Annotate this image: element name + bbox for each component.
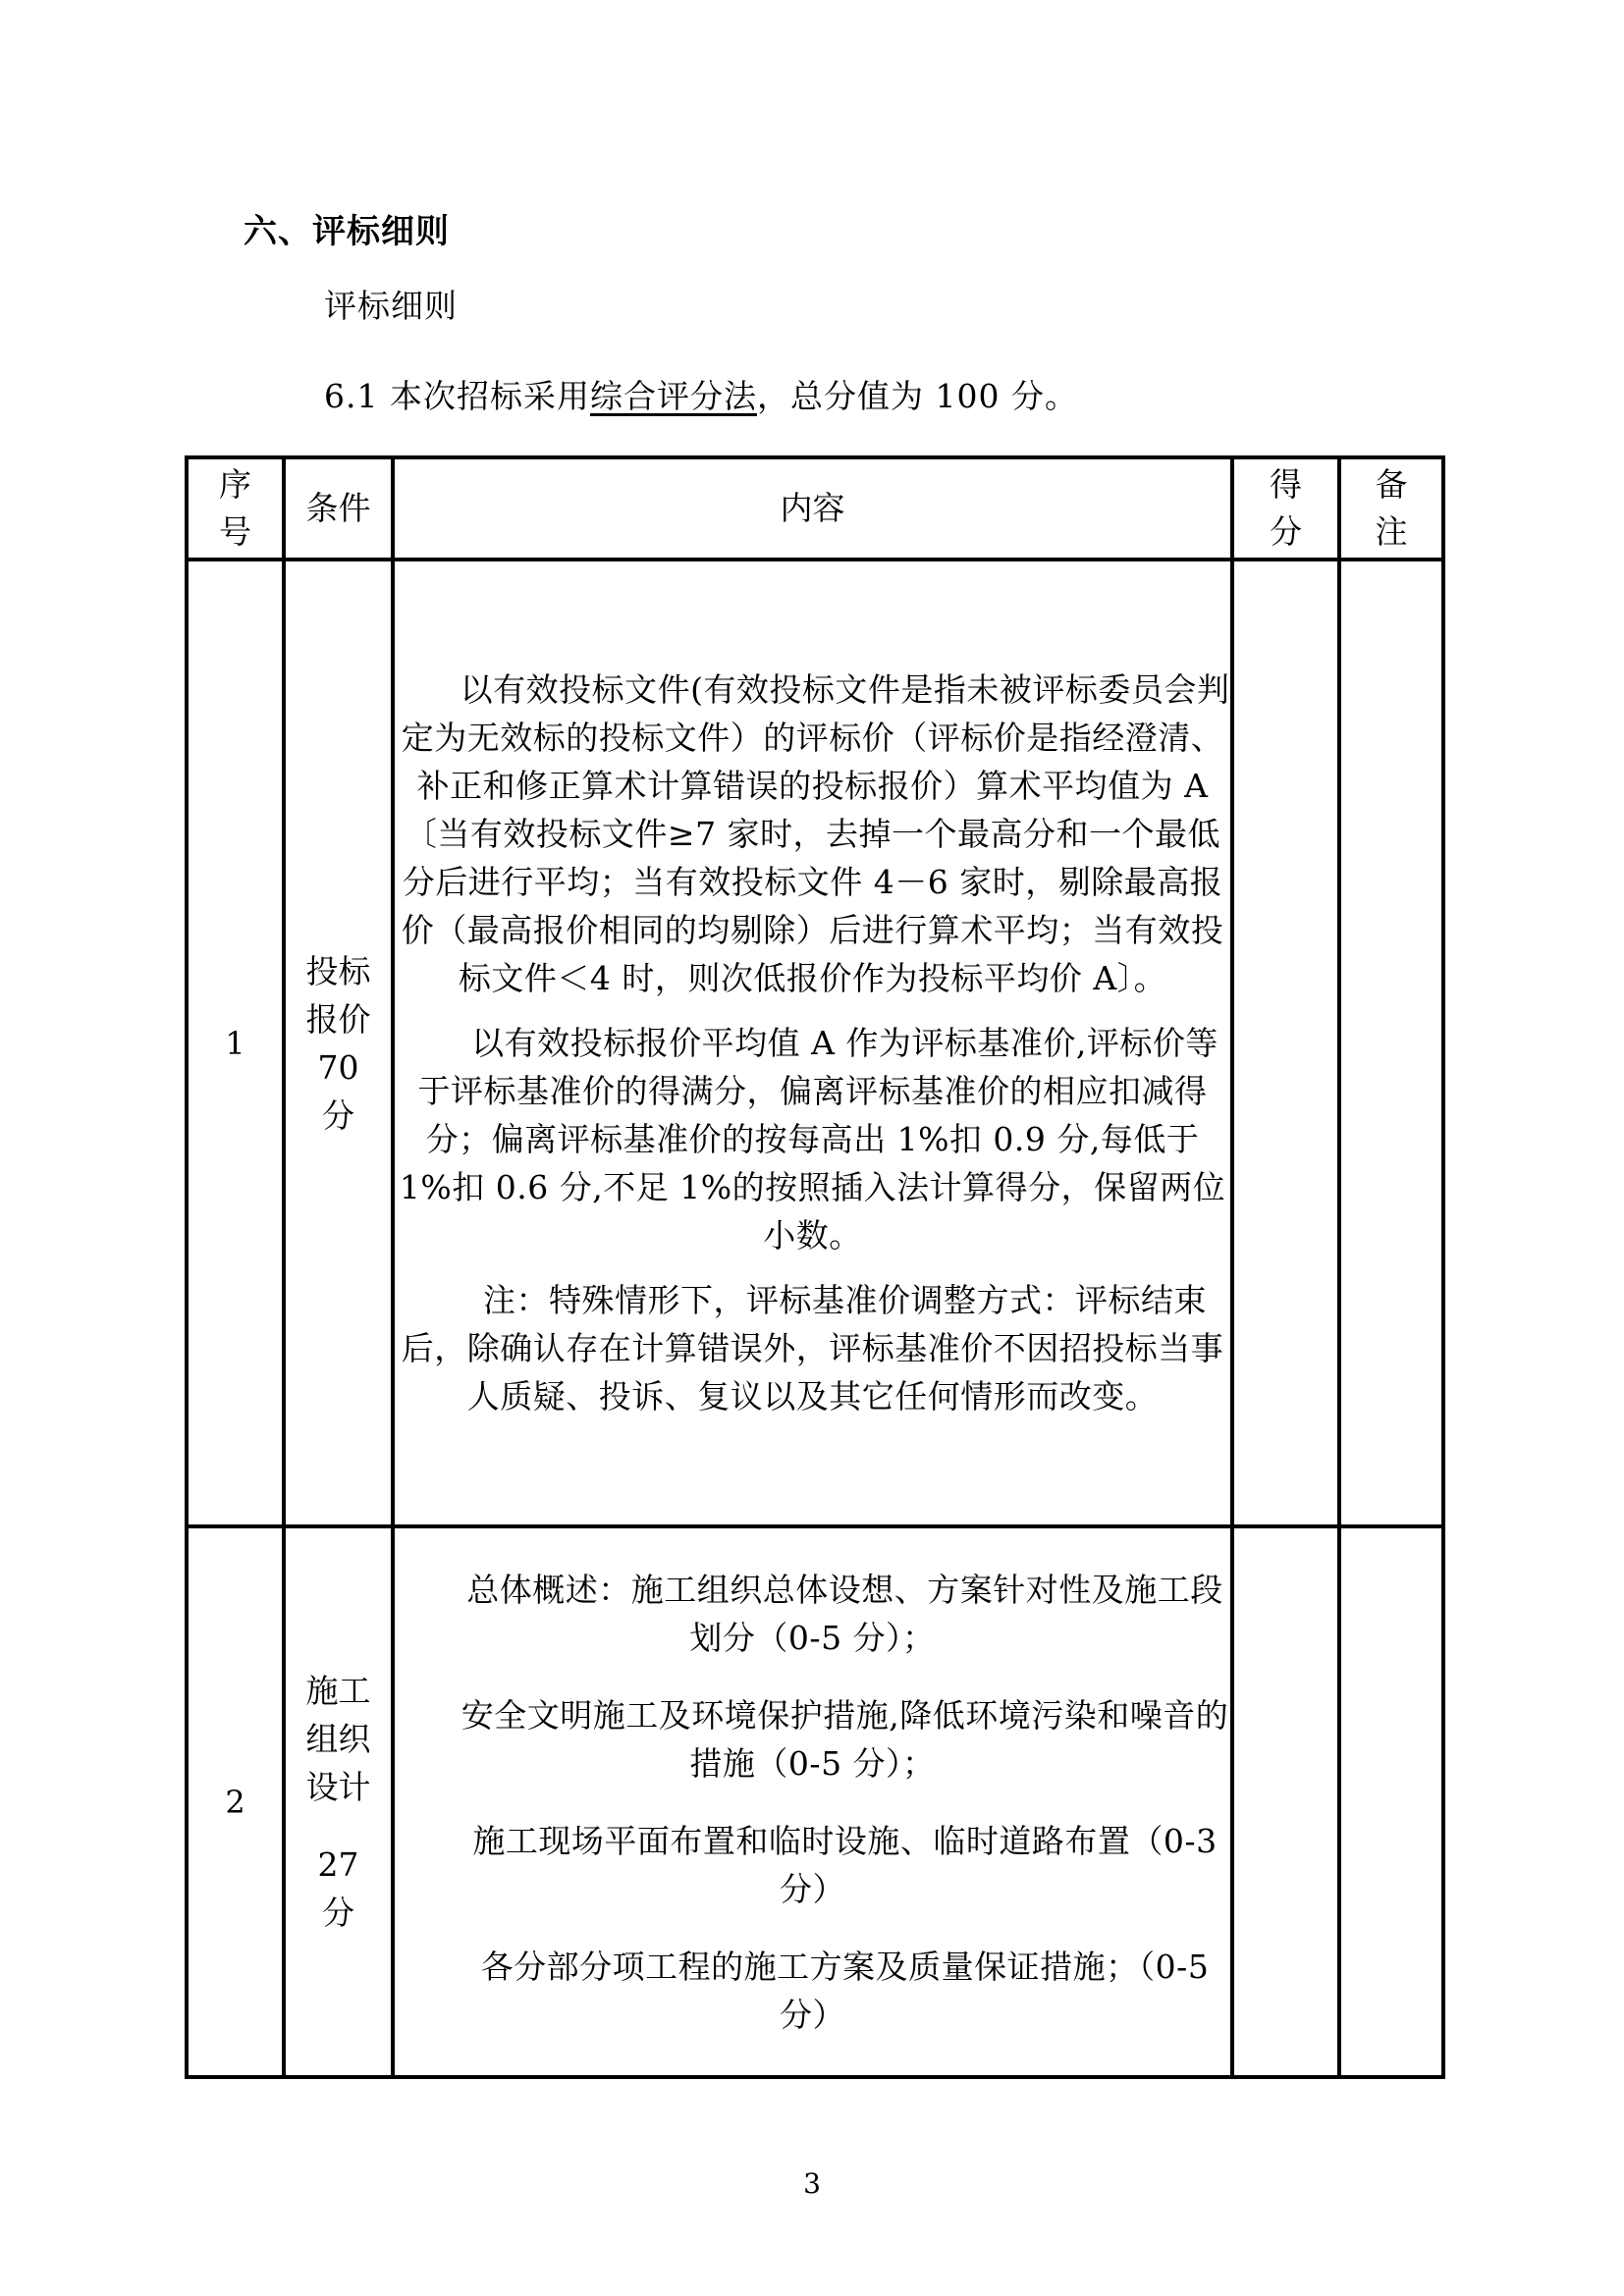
header-remark: 备注 <box>1339 457 1443 560</box>
row-condition: 施工组织设计 27 分 <box>284 1526 393 2077</box>
row-remark-cell <box>1339 560 1443 1526</box>
content-paragraph: 施工现场平面布置和临时设施、临时道路布置（0-3 分） <box>395 1817 1230 1913</box>
content-paragraph: 以有效投标文件(有效投标文件是指未被评标委员会判定为无效标的投标文件）的评标价（… <box>395 666 1230 1002</box>
row-seq: 1 <box>187 560 284 1526</box>
intro-suffix: ，总分值为 100 分。 <box>757 377 1078 415</box>
condition-points: 70 <box>286 1043 391 1092</box>
scoring-method: 综合评分法 <box>590 377 757 415</box>
row-remark-cell <box>1339 1526 1443 2077</box>
section-subheading: 评标细则 <box>324 281 458 327</box>
table-header-row: 序号 条件 内容 得分 备注 <box>187 457 1443 560</box>
page-number: 3 <box>0 2167 1624 2200</box>
section-heading: 六、评标细则 <box>244 204 450 252</box>
condition-points: 27 <box>286 1841 391 1889</box>
scoring-table: 序号 条件 内容 得分 备注 1 投标报价 70 分 以有效投标文件(有效投标文… <box>185 455 1445 2079</box>
content-paragraph: 各分部分项工程的施工方案及质量保证措施；（0-5 分） <box>395 1943 1230 2039</box>
content-paragraph: 注：特殊情形下，评标基准价调整方式：评标结束后，除确认存在计算错误外，评标基准价… <box>395 1276 1230 1420</box>
row-content: 以有效投标文件(有效投标文件是指未被评标委员会判定为无效标的投标文件）的评标价（… <box>393 560 1232 1526</box>
condition-label: 施工组织设计 <box>301 1667 376 1811</box>
content-paragraph: 安全文明施工及环境保护措施,降低环境污染和噪音的措施（0-5 分）； <box>395 1691 1230 1788</box>
row-score-cell <box>1232 1526 1339 2077</box>
header-score: 得分 <box>1232 457 1339 560</box>
condition-unit: 分 <box>286 1092 391 1140</box>
row-seq: 2 <box>187 1526 284 2077</box>
spacer <box>286 1811 391 1841</box>
content-paragraph: 以有效投标报价平均值 A 作为评标基准价,评标价等于评标基准价的得满分，偏离评标… <box>395 1019 1230 1259</box>
content-paragraph: 总体概述：施工组织总体设想、方案针对性及施工段划分（0-5 分）； <box>395 1566 1230 1662</box>
header-condition: 条件 <box>284 457 393 560</box>
condition-label: 投标报价 <box>301 947 376 1043</box>
intro-paragraph: 6.1 本次招标采用综合评分法，总分值为 100 分。 <box>324 371 1078 417</box>
condition-unit: 分 <box>286 1889 391 1937</box>
row-score-cell <box>1232 560 1339 1526</box>
header-content: 内容 <box>393 457 1232 560</box>
table-row: 2 施工组织设计 27 分 总体概述：施工组织总体设想、方案针对性及施工段划分（… <box>187 1526 1443 2077</box>
intro-prefix: 6.1 本次招标采用 <box>324 377 590 415</box>
header-seq: 序号 <box>187 457 284 560</box>
row-content: 总体概述：施工组织总体设想、方案针对性及施工段划分（0-5 分）； 安全文明施工… <box>393 1526 1232 2077</box>
table-row: 1 投标报价 70 分 以有效投标文件(有效投标文件是指未被评标委员会判定为无效… <box>187 560 1443 1526</box>
row-condition: 投标报价 70 分 <box>284 560 393 1526</box>
